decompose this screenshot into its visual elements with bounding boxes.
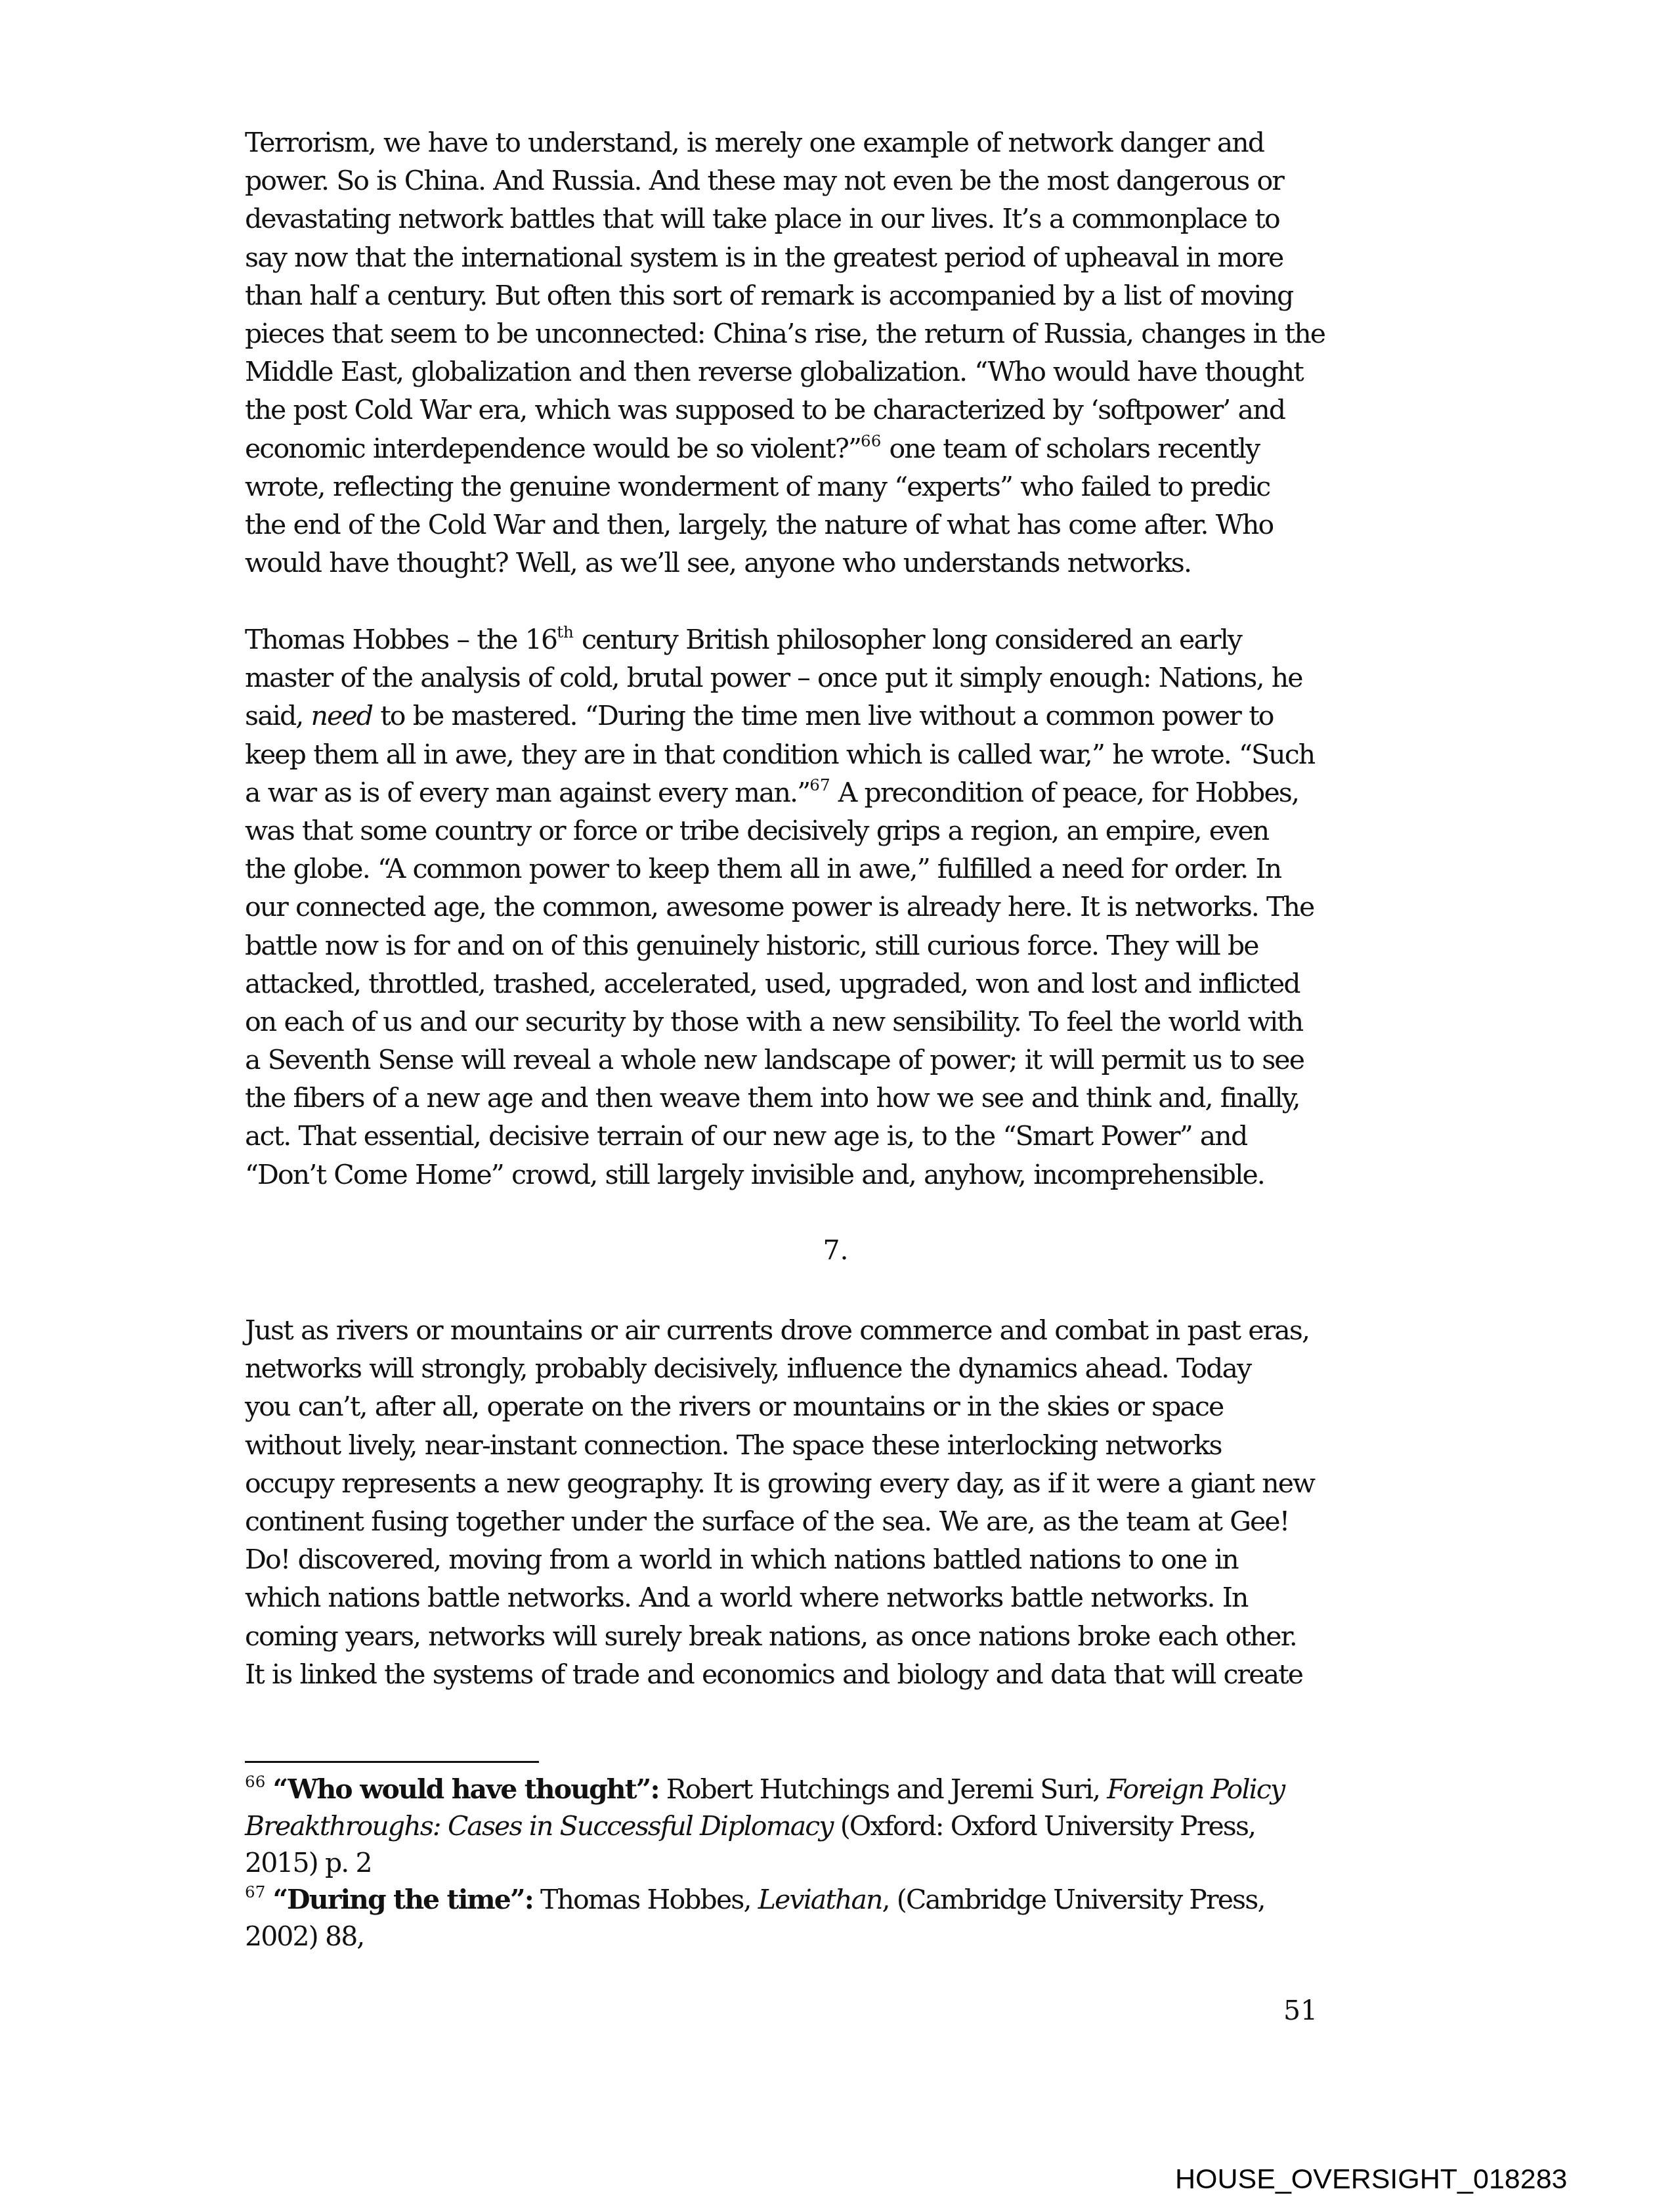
text-line: Do! discovered, moving from a world in w… [245, 1540, 1427, 1578]
book-title: Breakthroughs: Cases in Successful Diplo… [245, 1810, 833, 1842]
paragraph-1: Terrorism, we have to understand, is mer… [245, 123, 1427, 582]
text-line: said, need to be mastered. “During the t… [245, 697, 1427, 735]
text-line: Thomas Hobbes – the 16th century British… [245, 620, 1427, 659]
footnote-ref-67[interactable]: 67 [809, 775, 830, 794]
text-line: power. So is China. And Russia. And thes… [245, 162, 1427, 200]
text-line: the post Cold War era, which was suppose… [245, 391, 1427, 429]
text-line: wrote, reflecting the genuine wonderment… [245, 467, 1427, 506]
text-line: without lively, near-instant connection.… [245, 1426, 1427, 1464]
text-line: you can’t, after all, operate on the riv… [245, 1387, 1427, 1425]
page-number: 51 [1283, 1995, 1318, 2026]
text-line: was that some country or force or tribe … [245, 812, 1427, 850]
text-run: one team of scholars recently [881, 433, 1259, 464]
text-line: 2002) 88, [245, 1918, 1427, 1955]
text-line: a Seventh Sense will reveal a whole new … [245, 1041, 1427, 1079]
text-line: attacked, throttled, trashed, accelerate… [245, 965, 1427, 1003]
text-line: on each of us and our security by those … [245, 1003, 1427, 1041]
text-line: 67 “During the time”: Thomas Hobbes, Lev… [245, 1881, 1427, 1918]
text-line: would have thought? Well, as we’ll see, … [245, 544, 1427, 582]
text-run: Robert Hutchings and Jeremi Suri, [659, 1773, 1107, 1805]
text-line: networks will strongly, probably decisiv… [245, 1349, 1427, 1387]
text-line: 66 “Who would have thought”: Robert Hutc… [245, 1771, 1427, 1808]
text-line: a war as is of every man against every m… [245, 773, 1427, 812]
text-line: devastating network battles that will ta… [245, 200, 1427, 238]
text-run: economic interdependence would be so vio… [245, 433, 861, 464]
text-line: economic interdependence would be so vio… [245, 429, 1427, 467]
text-line: battle now is for and on of this genuine… [245, 926, 1427, 965]
text-line: coming years, networks will surely break… [245, 1617, 1427, 1655]
footnote-number: 67 [245, 1882, 265, 1901]
text-run: to be mastered. “During the time men liv… [372, 700, 1273, 731]
text-line: the end of the Cold War and then, largel… [245, 506, 1427, 544]
text-line: Terrorism, we have to understand, is mer… [245, 123, 1427, 162]
text-line: say now that the international system is… [245, 238, 1427, 276]
text-line: occupy represents a new geography. It is… [245, 1464, 1427, 1502]
footnote-label: “Who would have thought”: [272, 1773, 658, 1805]
text-run: said, [245, 700, 311, 731]
paragraph-2: Thomas Hobbes – the 16th century British… [245, 620, 1427, 1194]
text-line: continent fusing together under the surf… [245, 1502, 1427, 1540]
emphasis: need [311, 700, 373, 731]
text-line: our connected age, the common, awesome p… [245, 888, 1427, 926]
paragraph-3: Just as rivers or mountains or air curre… [245, 1311, 1427, 1693]
footnote-ref-66[interactable]: 66 [861, 431, 881, 450]
footnote-67: 67 “During the time”: Thomas Hobbes, Lev… [245, 1881, 1427, 1955]
text-line: pieces that seem to be unconnected: Chin… [245, 314, 1427, 353]
footnote-66: 66 “Who would have thought”: Robert Hutc… [245, 1771, 1427, 1881]
text-run: century British philosopher long conside… [574, 624, 1241, 655]
section-heading: 7. [245, 1234, 1427, 1266]
footnote-divider [245, 1761, 539, 1763]
ordinal-suffix: th [557, 622, 574, 641]
text-line: the globe. “A common power to keep them … [245, 850, 1427, 888]
book-title: Leviathan [758, 1884, 882, 1915]
text-line: 2015) p. 2 [245, 1844, 1427, 1881]
text-line: which nations battle networks. And a wor… [245, 1578, 1427, 1616]
text-line: the fibers of a new age and then weave t… [245, 1079, 1427, 1117]
text-line: Breakthroughs: Cases in Successful Diplo… [245, 1808, 1427, 1844]
footnotes: 66 “Who would have thought”: Robert Hutc… [245, 1771, 1427, 1955]
text-run: Thomas Hobbes, [533, 1884, 758, 1915]
text-line: than half a century. But often this sort… [245, 276, 1427, 314]
text-line: Just as rivers or mountains or air curre… [245, 1311, 1427, 1349]
text-line: It is linked the systems of trade and ec… [245, 1655, 1427, 1693]
text-line: master of the analysis of cold, brutal p… [245, 659, 1427, 697]
text-run: , (Cambridge University Press, [882, 1884, 1265, 1915]
text-run: (Oxford: Oxford University Press, [833, 1810, 1256, 1842]
text-run: a war as is of every man against every m… [245, 777, 809, 808]
book-title: Foreign Policy [1107, 1773, 1284, 1805]
bates-stamp: HOUSE_OVERSIGHT_018283 [1175, 2163, 1568, 2196]
text-run: Thomas Hobbes – the 16 [245, 624, 557, 655]
text-line: Middle East, globalization and then reve… [245, 353, 1427, 391]
footnote-number: 66 [245, 1772, 265, 1791]
footnote-label: “During the time”: [272, 1884, 532, 1915]
text-line: “Don’t Come Home” crowd, still largely i… [245, 1156, 1427, 1194]
text-run: A precondition of peace, for Hobbes, [830, 777, 1299, 808]
text-line: keep them all in awe, they are in that c… [245, 735, 1427, 773]
text-line: act. That essential, decisive terrain of… [245, 1117, 1427, 1155]
